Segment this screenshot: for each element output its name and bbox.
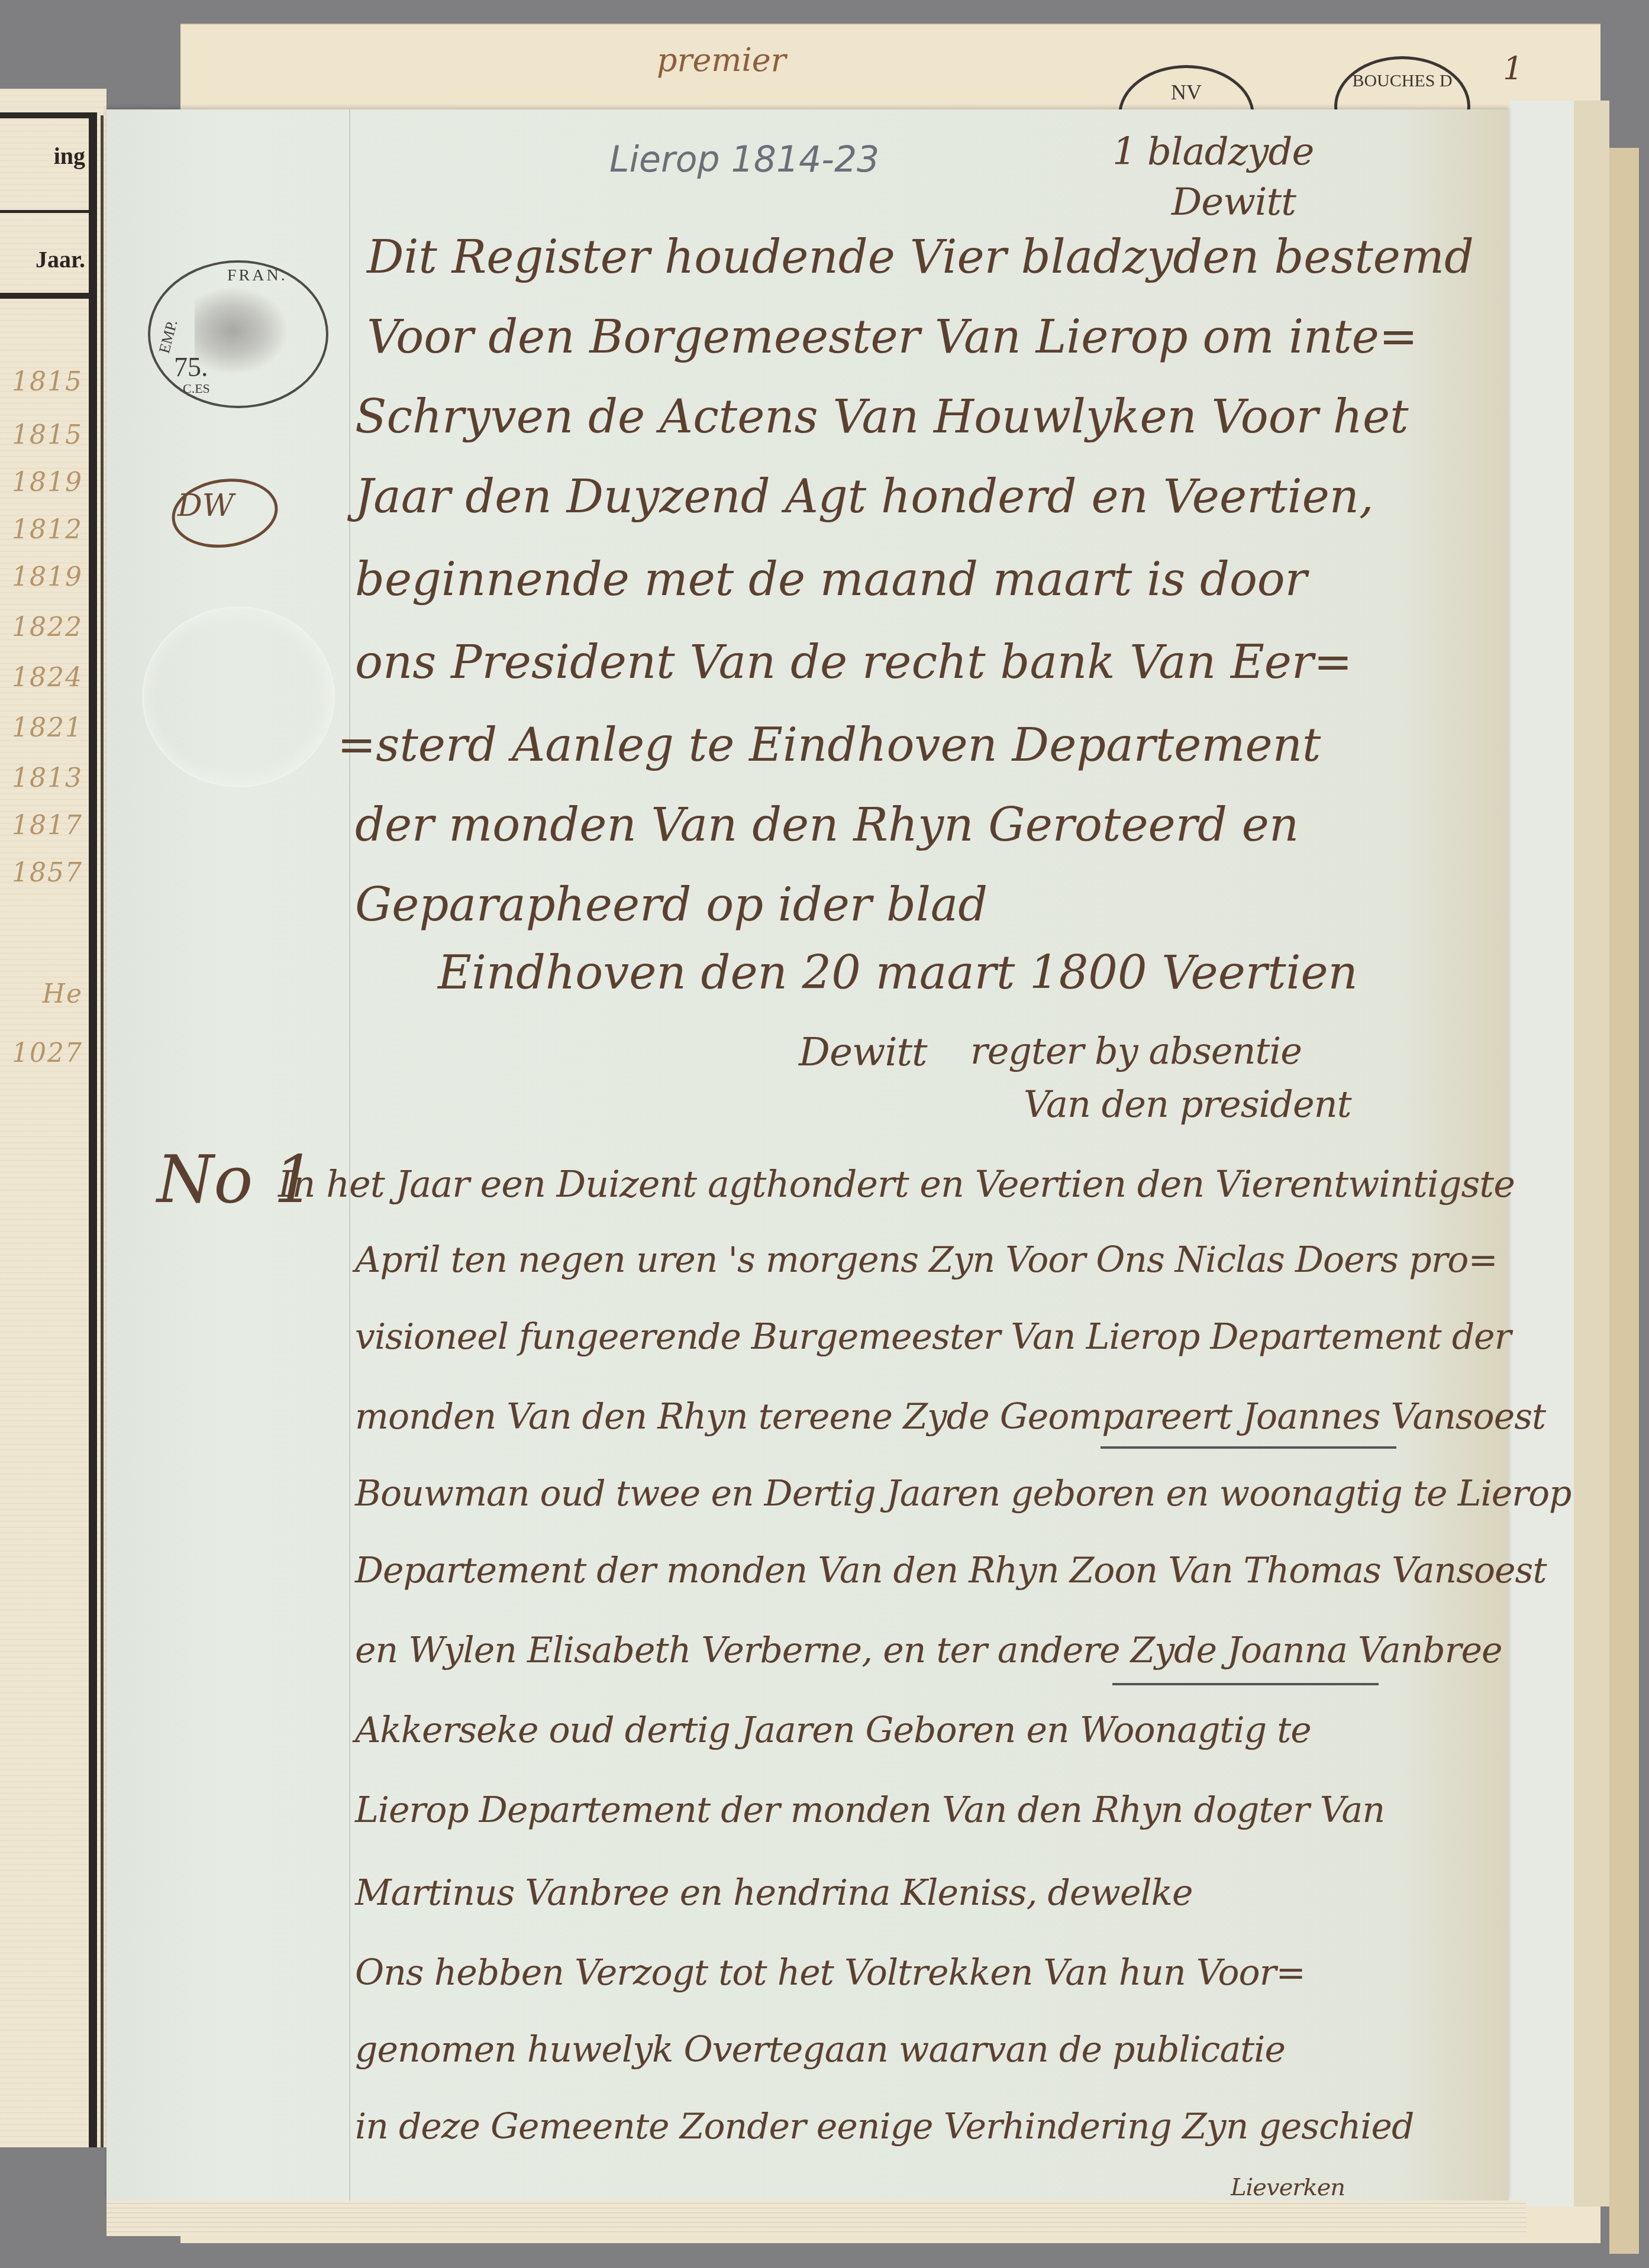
left-year: 1812 xyxy=(0,515,83,545)
left-column-header: Jaar. xyxy=(0,245,89,273)
allegory-figure-icon xyxy=(195,286,289,375)
preamble-line: der monden Van den Rhyn Geroteerd en xyxy=(355,799,1299,852)
entry-line: Departement der monden Van den Rhyn Zoon… xyxy=(355,1550,1547,1591)
dry-seal-icon xyxy=(142,606,335,787)
preamble-line: Jaar den Duyzend Agt honderd en Veertien… xyxy=(355,470,1374,524)
closing-signature-role: regter by absentie xyxy=(970,1029,1302,1072)
page-edge xyxy=(1574,101,1609,2206)
name-underline xyxy=(1101,1446,1396,1449)
margin-line xyxy=(349,109,350,2201)
left-header-partial: ing xyxy=(0,142,89,170)
left-page-border xyxy=(89,112,97,2147)
entry-line: Bouwman oud twee en Dertig Jaaren gebore… xyxy=(355,1473,1571,1514)
left-year: 1813 xyxy=(0,763,83,793)
entry-line: Martinus Vanbree en hendrina Kleniss, de… xyxy=(355,1872,1192,1914)
left-year: 1821 xyxy=(0,713,83,743)
entry-signature: Lieverken xyxy=(1231,2174,1345,2201)
preamble-line: Schryven de Actens Van Houwlyken Voor he… xyxy=(355,390,1408,444)
closing-signature-role-2: Van den president xyxy=(1024,1083,1351,1126)
preamble-date-line: Eindhoven den 20 maart 1800 Veertien xyxy=(438,946,1358,1000)
entry-line: In het Jaar een Duizent agthondert en Ve… xyxy=(278,1162,1515,1206)
top-signature: Dewitt xyxy=(1172,180,1296,224)
preamble-line: Geparapheerd op ider blad xyxy=(355,878,988,932)
page-count-note: 1 bladzyde xyxy=(1112,130,1314,174)
entry-line: Lierop Departement der monden Van den Rh… xyxy=(355,1789,1385,1831)
entry-line: visioneel fungeerende Burgemeester Van L… xyxy=(355,1316,1511,1358)
preamble-line: Voor den Borgemeester Van Lierop om inte… xyxy=(367,311,1418,364)
page-edge xyxy=(1609,148,1639,2254)
entry-line: Akkerseke oud dertig Jaaren Geboren en W… xyxy=(355,1710,1311,1751)
left-top-rule xyxy=(0,112,89,118)
entry-line: monden Van den Rhyn tereene Zyde Geompar… xyxy=(355,1396,1545,1437)
entry-line: April ten negen uren 's morgens Zyn Voor… xyxy=(355,1239,1498,1281)
main-page: Lierop 1814-23 1 bladzyde Dewitt FRAN. E… xyxy=(107,109,1509,2201)
left-year: 1857 xyxy=(0,858,83,888)
page-number: 1 xyxy=(1503,50,1523,88)
left-year: 1817 xyxy=(0,810,83,841)
left-bottom-number: 1027 xyxy=(0,1038,83,1068)
entry-line: in deze Gemeente Zonder eenige Verhinder… xyxy=(355,2106,1414,2147)
preamble-line: ons President Van de recht bank Van Eer= xyxy=(355,636,1353,689)
left-year: 1824 xyxy=(0,663,83,693)
entry-line: genomen huwelyk Overtegaan waarvan de pu… xyxy=(355,2029,1285,2070)
left-year: 1815 xyxy=(0,420,83,450)
left-note: He xyxy=(0,979,83,1009)
preamble-line: beginnende met de maand maart is door xyxy=(355,553,1307,606)
stamp-unit: C.ES xyxy=(183,381,210,396)
page-edge xyxy=(1509,101,1574,2206)
preamble-line: Dit Register houdende Vier bladzyden bes… xyxy=(367,231,1474,284)
left-year: 1819 xyxy=(0,467,83,497)
entry-line: en Wylen Elisabeth Verberne, en ter ande… xyxy=(355,1630,1502,1671)
back-page-note: premier xyxy=(657,41,786,79)
left-page-border-inner xyxy=(101,115,104,2147)
left-year: 1815 xyxy=(0,367,83,397)
name-underline xyxy=(1112,1683,1379,1685)
entry-line: Ons hebben Verzogt tot het Voltrekken Va… xyxy=(355,1952,1305,1994)
archive-note: Lierop 1814-23 xyxy=(609,139,879,180)
left-year: 1819 xyxy=(0,562,83,592)
tax-stamp: FRAN. EMP. 75. C.ES xyxy=(148,260,328,408)
paraph: DW xyxy=(178,488,234,524)
bottom-page-edges xyxy=(107,2201,1527,2236)
preamble-line: =sterd Aanleg te Eindhoven Departement xyxy=(337,719,1321,772)
left-year: 1822 xyxy=(0,612,83,642)
left-rule-2 xyxy=(0,210,89,213)
left-rule-3 xyxy=(0,293,89,299)
stamp-side-text: EMP. xyxy=(156,318,182,356)
closing-signature: Dewitt xyxy=(799,1029,927,1075)
stamp-value: 75. xyxy=(174,351,208,383)
stamp-top-text: FRAN. xyxy=(227,266,288,285)
